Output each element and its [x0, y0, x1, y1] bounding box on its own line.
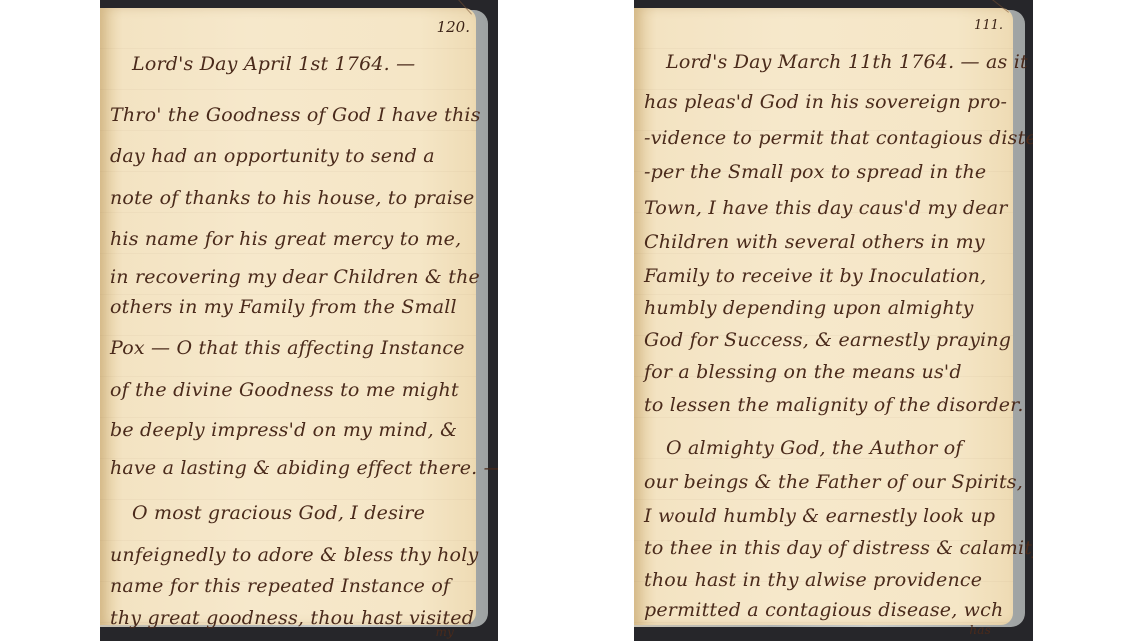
text-line: Thro' the Goodness of God I have this [110, 103, 468, 127]
text-line: to lessen the malignity of the disorder. [644, 393, 1005, 417]
text-line: have a lasting & abiding effect there. — [110, 456, 468, 480]
text-line: O most gracious God, I desire [110, 501, 468, 525]
entry-heading: Lord's Day March 11th 1764. — as it [644, 50, 1005, 74]
entry-heading: Lord's Day April 1st 1764. — [110, 52, 468, 76]
text-line: be deeply impress'd on my mind, & [110, 418, 468, 442]
text-line: name for this repeated Instance of [110, 574, 468, 598]
text-line: for a blessing on the means us'd [644, 360, 1005, 384]
text-line: Pox — O that this affecting Instance [110, 336, 468, 360]
page-text: Lord's Day March 11th 1764. — as it has … [634, 8, 1013, 625]
text-line: thou hast in thy alwise providence [644, 568, 1005, 592]
text-line: day had an opportunity to send a [110, 144, 468, 168]
manuscript-page-111: 111. Lord's Day March 11th 1764. — as it… [634, 8, 1013, 625]
text-line: -per the Small pox to spread in the [644, 160, 1005, 184]
text-line: in recovering my dear Children & the [110, 265, 468, 289]
text-line: Children with several others in my [644, 230, 1005, 254]
catchword: my [110, 620, 468, 641]
page-text: Lord's Day April 1st 1764. — Thro' the G… [100, 8, 476, 625]
catchword: has [644, 618, 1005, 641]
text-line: Town, I have this day caus'd my dear [644, 196, 1005, 220]
text-line: Family to receive it by Inoculation, [644, 264, 1005, 288]
text-line: note of thanks to his house, to praise [110, 186, 468, 210]
text-line: O almighty God, the Author of [644, 436, 1005, 460]
text-line: humbly depending upon almighty [644, 296, 1005, 320]
manuscript-page-120: 120. Lord's Day April 1st 1764. — Thro' … [100, 8, 476, 625]
text-line: others in my Family from the Small [110, 295, 468, 319]
text-line: of the divine Goodness to me might [110, 378, 468, 402]
text-line: our beings & the Father of our Spirits, [644, 470, 1005, 494]
text-line: to thee in this day of distress & calami… [644, 536, 1005, 560]
text-line: I would humbly & earnestly look up [644, 504, 1005, 528]
manuscript-photo-right: 111. Lord's Day March 11th 1764. — as it… [634, 0, 1033, 641]
text-line: -vidence to permit that contagious diste… [644, 126, 1005, 150]
text-line: his name for his great mercy to me, [110, 227, 468, 251]
text-line: unfeignedly to adore & bless thy holy [110, 543, 468, 567]
manuscript-photo-left: 120. Lord's Day April 1st 1764. — Thro' … [100, 0, 498, 641]
text-line: God for Success, & earnestly praying [644, 328, 1005, 352]
text-line: has pleas'd God in his sovereign pro- [644, 90, 1005, 114]
